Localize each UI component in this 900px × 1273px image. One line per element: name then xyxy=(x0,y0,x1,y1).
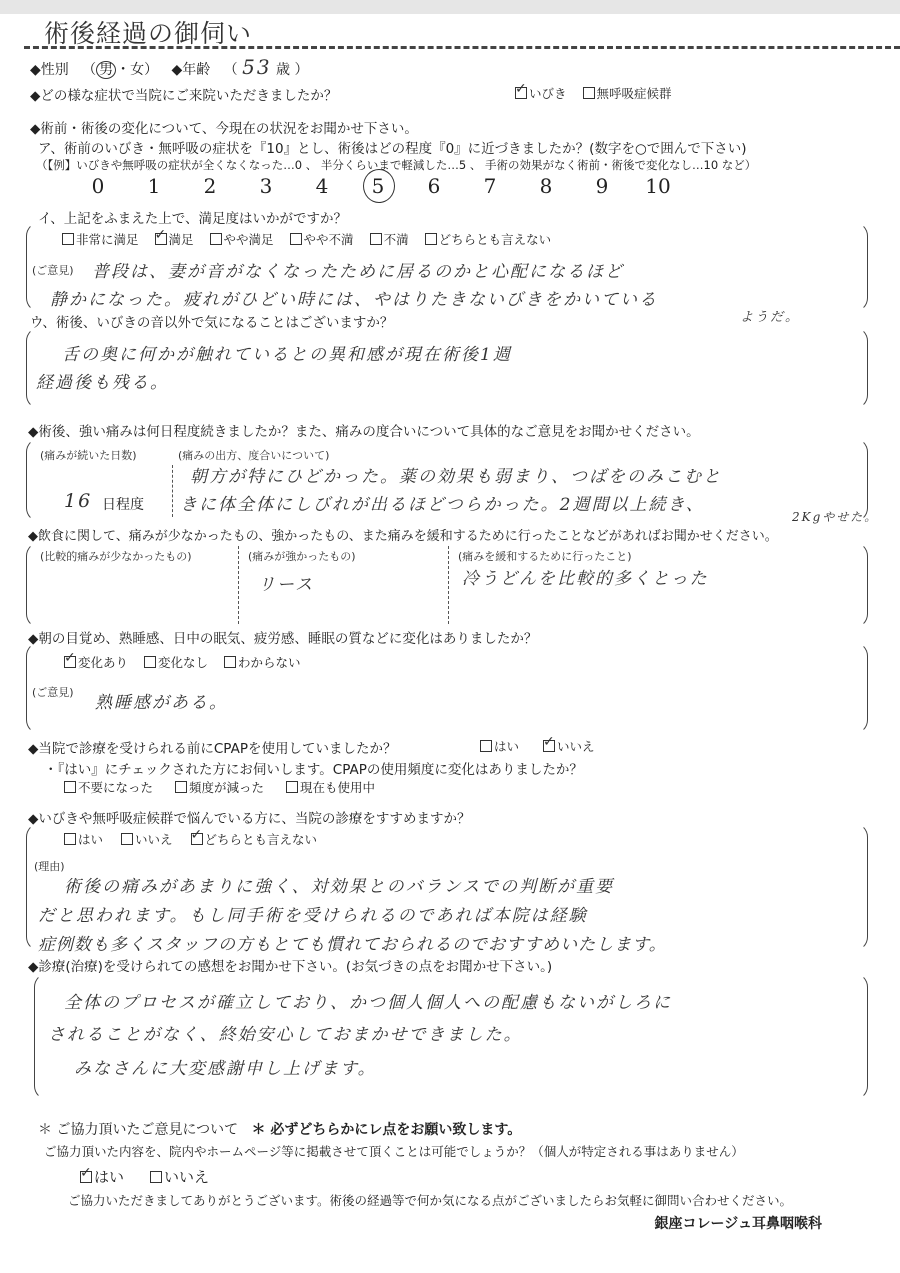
symptom-option-apnea[interactable]: 無呼吸症候群 xyxy=(583,84,672,102)
thanks-message: ご協力いただきましてありがとうございます。術後の経過等で何か気になる点がございま… xyxy=(68,1191,792,1209)
scale-8[interactable]: 8 xyxy=(518,174,574,198)
consent-heading-a: ＊ ご協力頂いたご意見について xyxy=(38,1122,238,1138)
checkbox-checked-icon[interactable] xyxy=(64,656,76,668)
satisfaction-option[interactable]: 不満 xyxy=(370,230,409,248)
cpap-question: ◆当院で診療を受けられる前にCPAPを使用していましたか？ xyxy=(28,737,396,757)
impression-line-2[interactable]: されることがなく、終始安心しておまかせできました。 xyxy=(48,1020,523,1045)
page-title: 術後経過の御伺い xyxy=(44,14,252,50)
pain-days-unit: 日程度 xyxy=(102,494,144,514)
recommend-reason-line-1[interactable]: 術後の痛みがあまりに強く、対効果とのバランスでの判断が重要 xyxy=(64,872,614,897)
food-col3-label: (痛みを緩和するために行ったこと) xyxy=(458,548,632,564)
clinic-name: 銀座コレージュ耳鼻咽喉科 xyxy=(655,1213,822,1233)
patient-info: ◆性別 （男・女） ◆年齢 （ 53 歳 ） xyxy=(30,55,308,79)
symptom-question: ◆どの様な症状で当院にご来院いただきましたか？ xyxy=(30,84,337,104)
checkbox-icon[interactable] xyxy=(210,233,222,245)
title-divider xyxy=(24,46,900,49)
change-sub-a: ア、術前のいびき・無呼吸の症状を『10』とし、術後はどの程度『0』に近づきました… xyxy=(38,137,747,157)
food-col2-value[interactable]: リース xyxy=(258,570,314,595)
sex-label: ◆性別 xyxy=(30,62,69,78)
other-answer-line-1[interactable]: 舌の奥に何かが触れているとの異和感が現在術後1週 xyxy=(62,340,512,365)
satisfaction-option[interactable]: やや不満 xyxy=(290,230,354,248)
sleep-option-no-change[interactable]: 変化なし xyxy=(144,653,208,671)
cpap-option-yes[interactable]: はい xyxy=(480,737,519,755)
recommend-option-no[interactable]: いいえ xyxy=(121,830,173,848)
checkbox-checked-icon[interactable] xyxy=(515,87,527,99)
scale-6[interactable]: 6 xyxy=(406,174,462,198)
pain-detail-label: (痛みの出方、度合いについて) xyxy=(178,447,329,463)
pain-detail-line-2[interactable]: きに体全体にしびれが出るほどつらかった。2週間以上続き、 xyxy=(180,490,705,515)
recommend-option-yes[interactable]: はい xyxy=(64,830,103,848)
consent-question: ご協力頂いた内容を、院内やホームページ等に掲載させて頂くことは可能でしょうか？（… xyxy=(44,1142,744,1160)
checkbox-checked-icon[interactable] xyxy=(191,833,203,845)
checkbox-icon[interactable] xyxy=(286,781,298,793)
satisfaction-opinion-line-1[interactable]: 普段は、妻が音がなくなったために居るのかと心配になるほど xyxy=(92,257,624,282)
sleep-option-changed[interactable]: 変化あり xyxy=(64,653,128,671)
other-answer-line-2[interactable]: 経過後も残る。 xyxy=(36,368,169,393)
cpap-options: はい いいえ xyxy=(480,737,595,755)
age-value[interactable]: 53 xyxy=(242,55,271,79)
recommend-options: はい いいえ どちらとも言えない xyxy=(64,830,317,848)
checkbox-icon[interactable] xyxy=(62,233,74,245)
sleep-option-unknown[interactable]: わからない xyxy=(224,653,301,671)
pain-question: ◆術後、強い痛みは何日程度続きましたか？また、痛みの度合いについて具体的なご意見… xyxy=(28,420,700,440)
satisfaction-opinion-line-3[interactable]: ようだ。 xyxy=(740,306,800,325)
recommend-reason-label: (理由) xyxy=(34,858,65,874)
recommend-reason-line-2[interactable]: だと思われます。もし同手術を受けられるのであれば本院は経験 xyxy=(38,901,588,926)
checkbox-icon[interactable] xyxy=(64,781,76,793)
severity-scale: 0 1 2 3 4 5 6 7 8 9 10 xyxy=(70,174,686,198)
food-col2-label: (痛みが強かったもの) xyxy=(248,548,356,564)
satisfaction-option[interactable]: どちらとも言えない xyxy=(425,230,552,248)
satisfaction-option[interactable]: 満足 xyxy=(155,230,194,248)
checkbox-icon[interactable] xyxy=(224,656,236,668)
food-divider-1 xyxy=(238,546,239,624)
cpap-followup-options: 不要になった 頻度が減った 現在も使用中 xyxy=(64,778,375,796)
satisfaction-options: 非常に満足 満足 やや満足 やや不満 不満 どちらとも言えない xyxy=(62,230,551,248)
recommend-reason-line-3[interactable]: 症例数も多くスタッフの方もとても慣れておられるのでおすすめいたします。 xyxy=(38,930,667,955)
pain-divider xyxy=(172,465,173,517)
age-unit: 歳 xyxy=(276,62,290,78)
sex-option-female[interactable]: 女 xyxy=(130,62,144,78)
symptom-option-snoring[interactable]: いびき xyxy=(515,84,567,102)
change-question: ◆術前・術後の変化について、今現在の状況をお聞かせ下さい。 xyxy=(30,117,418,137)
sleep-opinion-label: (ご意見) xyxy=(32,684,74,700)
checkbox-icon[interactable] xyxy=(64,833,76,845)
cpap-followup: ・『はい』にチェックされた方にお伺いします。CPAPの使用頻度に変化はありました… xyxy=(44,758,583,778)
consent-option-yes[interactable]: はい xyxy=(80,1166,124,1187)
satisfaction-option[interactable]: 非常に満足 xyxy=(62,230,139,248)
change-example: （【例】いびきや無呼吸の症状が全くなくなった…0 、 半分くらいまで軽減した…5… xyxy=(36,157,756,173)
food-col3-value[interactable]: 冷うどんを比較的多くとった xyxy=(462,564,709,589)
checkbox-icon[interactable] xyxy=(480,740,492,752)
cpap-followup-option[interactable]: 頻度が減った xyxy=(175,778,264,796)
checkbox-icon[interactable] xyxy=(144,656,156,668)
food-divider-2 xyxy=(448,546,449,624)
scale-4[interactable]: 4 xyxy=(294,174,350,198)
checkbox-icon[interactable] xyxy=(425,233,437,245)
checkbox-icon[interactable] xyxy=(290,233,302,245)
scale-9[interactable]: 9 xyxy=(574,174,630,198)
scale-3[interactable]: 3 xyxy=(238,174,294,198)
impression-question: ◆診療(治療)を受けられての感想をお聞かせ下さい。(お気づきの点をお聞かせ下さい… xyxy=(28,955,552,975)
scale-0[interactable]: 0 xyxy=(70,174,126,198)
sex-option-male[interactable]: 男 xyxy=(96,61,116,79)
pain-days-label: (痛みが続いた日数) xyxy=(40,447,137,463)
checkbox-checked-icon[interactable] xyxy=(80,1171,92,1183)
checkbox-icon[interactable] xyxy=(150,1171,162,1183)
scale-2[interactable]: 2 xyxy=(182,174,238,198)
recommend-option-neither[interactable]: どちらとも言えない xyxy=(191,830,318,848)
satisfaction-option[interactable]: やや満足 xyxy=(210,230,274,248)
impression-line-3[interactable]: みなさんに大変感謝申し上げます。 xyxy=(74,1054,377,1079)
scale-10[interactable]: 10 xyxy=(630,174,686,198)
cpap-followup-option[interactable]: 不要になった xyxy=(64,778,153,796)
cpap-option-no[interactable]: いいえ xyxy=(543,737,595,755)
impression-line-1[interactable]: 全体のプロセスが確立しており、かつ個人個人への配慮もないがしろに xyxy=(64,988,672,1013)
scale-7[interactable]: 7 xyxy=(462,174,518,198)
pain-detail-line-3[interactable]: 2Kgやせた。 xyxy=(792,508,878,525)
sleep-options: 変化あり 変化なし わからない xyxy=(64,653,301,671)
checkbox-icon[interactable] xyxy=(175,781,187,793)
scale-1[interactable]: 1 xyxy=(126,174,182,198)
age-label: ◆年齢 xyxy=(172,62,211,78)
consent-options: はい いいえ xyxy=(80,1166,209,1187)
pain-days-value[interactable]: 16 xyxy=(64,490,92,512)
checkbox-icon[interactable] xyxy=(121,833,133,845)
checkbox-icon[interactable] xyxy=(583,87,595,99)
scan-top-edge xyxy=(0,0,900,14)
checkbox-checked-icon[interactable] xyxy=(543,740,555,752)
sleep-opinion[interactable]: 熟睡感がある。 xyxy=(95,688,228,713)
food-col1-label: (比較的痛みが少なかったもの) xyxy=(40,548,192,564)
pain-detail-line-1[interactable]: 朝方が特にひどかった。薬の効果も弱まり、つばをのみこむと xyxy=(190,462,722,487)
checkbox-icon[interactable] xyxy=(370,233,382,245)
symptom-options: いびき 無呼吸症候群 xyxy=(515,84,672,102)
consent-heading: ＊ ご協力頂いたご意見について ＊ 必ずどちらかにレ点をお願い致します。 xyxy=(38,1119,521,1139)
checkbox-checked-icon[interactable] xyxy=(155,233,167,245)
consent-option-no[interactable]: いいえ xyxy=(150,1166,209,1187)
scale-5-selected[interactable]: 5 xyxy=(350,174,406,198)
cpap-followup-option[interactable]: 現在も使用中 xyxy=(286,778,375,796)
consent-heading-b: ＊ 必ずどちらかにレ点をお願い致します。 xyxy=(252,1122,522,1138)
satisfaction-opinion-line-2[interactable]: 静かになった。疲れがひどい時には、やはりたきないびきをかいている xyxy=(50,285,658,310)
opinion-label: (ご意見) xyxy=(32,262,74,278)
